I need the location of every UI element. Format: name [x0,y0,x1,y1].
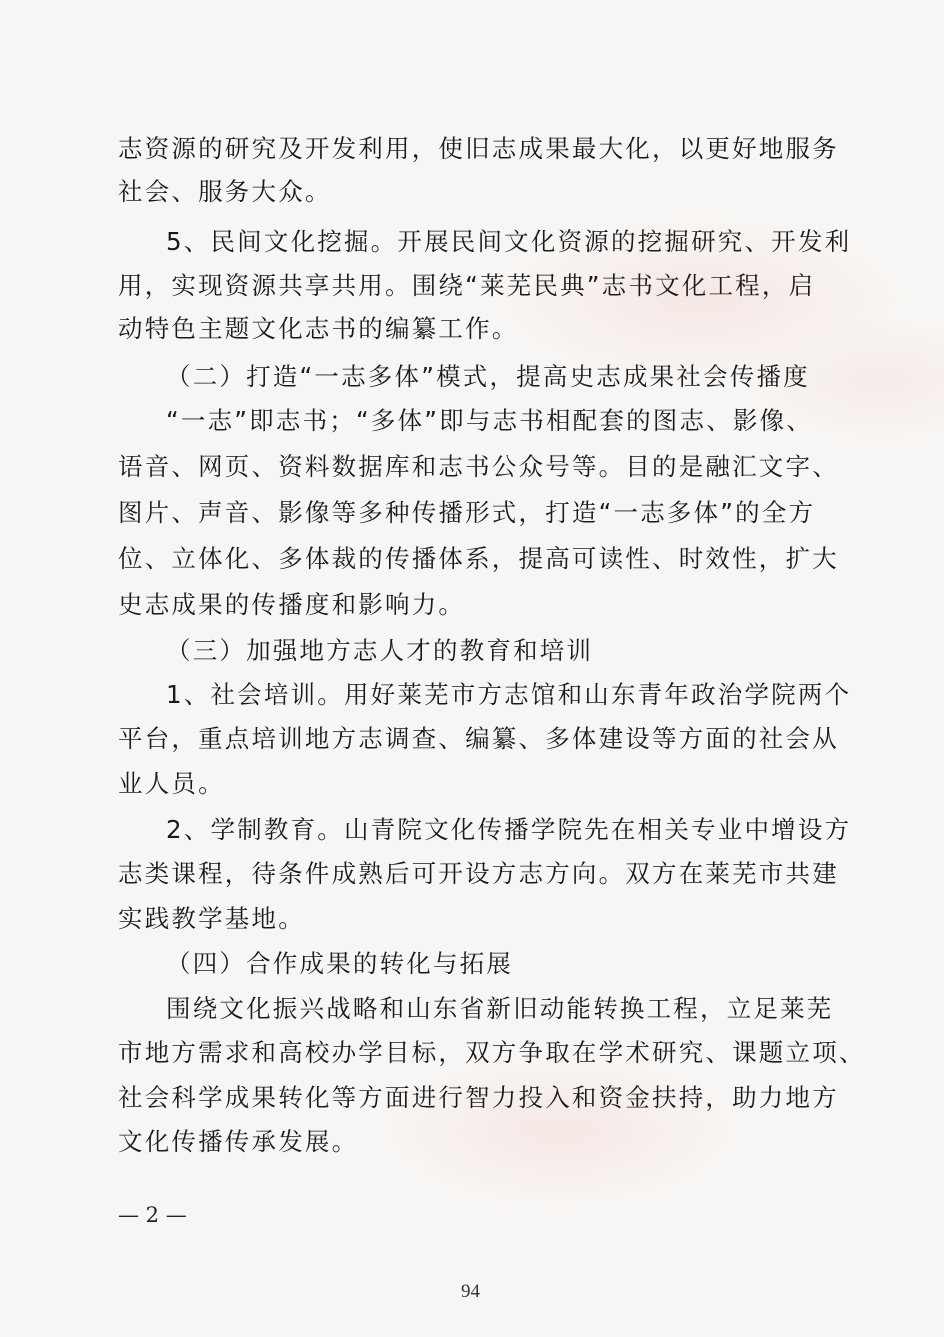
body-text-line: 志资源的研究及开发利用，使旧志成果最大化，以更好地服务 [118,133,839,165]
section-heading: （四）合作成果的转化与拓展 [166,948,513,980]
body-text-line: 文化传播传承发展。 [118,1126,358,1158]
body-text-line: 平台，重点培训地方志调查、编纂、多体建设等方面的社会从 [118,723,839,755]
document-page: 志资源的研究及开发利用，使旧志成果最大化，以更好地服务 社会、服务大众。 5、民… [0,0,944,1337]
body-text-line: 志类课程，待条件成熟后可开设方志方向。双方在莱芜市共建 [118,858,839,890]
body-text-line: 围绕文化振兴战略和山东省新旧动能转换工程，立足莱芜 [166,993,834,1025]
list-item-heading: 2、学制教育。山青院文化传播学院先在相关专业中增设方 [166,814,851,846]
section-heading: （二）打造“一志多体”模式，提高史志成果社会传播度 [166,361,810,393]
body-text-line: 史志成果的传播度和影响力。 [118,589,465,621]
body-text-line: 社会科学成果转化等方面进行智力投入和资金扶持，助力地方 [118,1082,839,1114]
list-item-heading: 1、社会培训。用好莱芜市方志馆和山东青年政治学院两个 [166,679,851,711]
list-item-heading: 5、民间文化挖掘。开展民间文化资源的挖掘研究、开发利 [166,226,851,258]
body-text-line: “一志”即志书；“多体”即与志书相配套的图志、影像、 [166,405,813,437]
body-text-line: 实践教学基地。 [118,903,305,935]
body-text-line: 动特色主题文化志书的编纂工作。 [118,313,519,345]
body-text-line: 社会、服务大众。 [118,176,332,208]
body-text-line: 图片、声音、影像等多种传播形式，打造“一志多体”的全方 [118,497,815,529]
body-text-line: 市地方需求和高校办学目标，双方争取在学术研究、课题立项、 [118,1037,866,1069]
section-heading: （三）加强地方志人才的教育和培训 [166,635,593,667]
body-text-line: 位、立体化、多体裁的传播体系，提高可读性、时效性，扩大 [118,543,839,575]
scan-page-number: 94 [461,1281,480,1303]
body-text-line: 语音、网页、资料数据库和志书公众号等。目的是融汇文字、 [118,451,839,483]
page-footer-number: — 2 — [118,1203,187,1227]
body-text-line: 业人员。 [118,768,225,800]
body-text-line: 用，实现资源共享共用。围绕“莱芜民典”志书文化工程，启 [118,270,815,302]
